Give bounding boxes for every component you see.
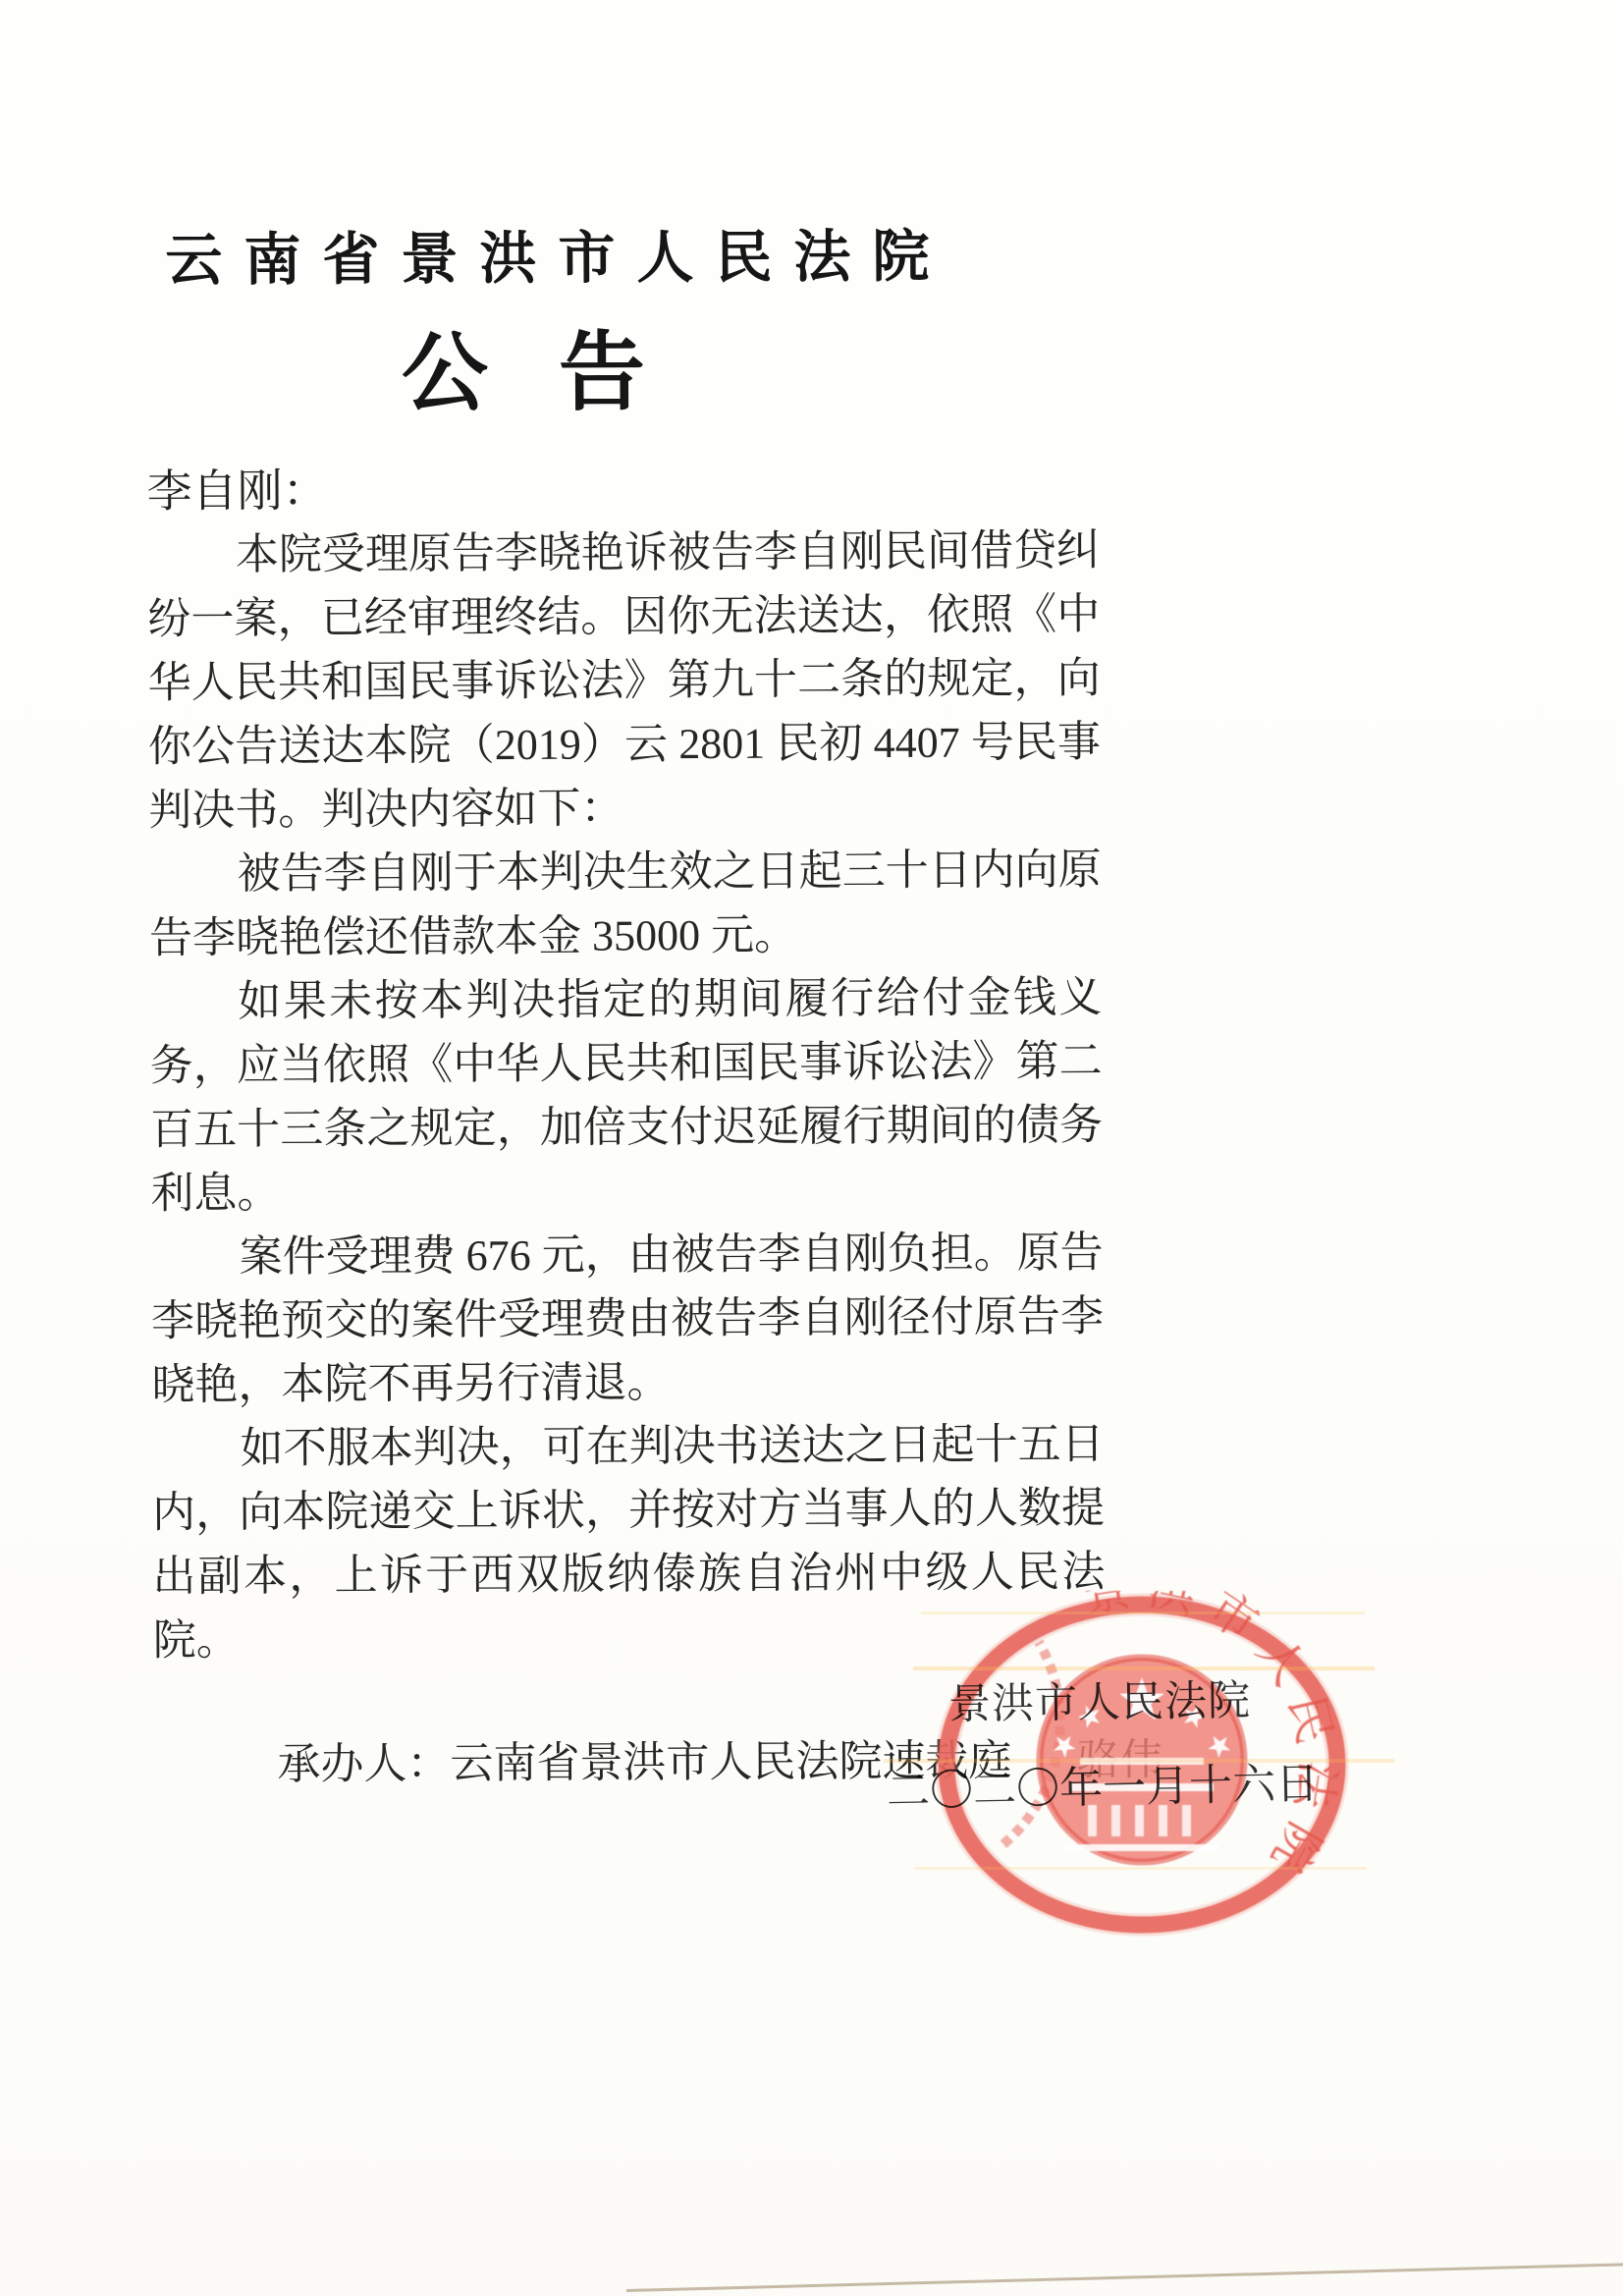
announcement-document: 云南省景洪市人民法院 公告 李自刚： 本院受理原告李晓艳诉被告李自刚民间借贷纠纷… [144,0,1107,1797]
court-title: 云南省景洪市人民法院 [145,210,970,297]
body-paragraph-2: 被告李自刚于本判决生效之日起三十日内向原告李晓艳偿还借款本金 35000 元。 [148,838,1102,970]
stamp-court-name: 景洪市人民法院 [948,1667,1252,1731]
notice-title: 公告 [146,302,972,430]
stamp-date: 二〇二〇年一月十六日 [886,1748,1319,1819]
body-paragraph-3: 如果未按本判决指定的期间履行给付金钱义务，应当依照《中华人民共和国民事诉讼法》第… [149,965,1103,1226]
recipient-name: 李自刚： [146,455,1099,523]
body-paragraph-4: 案件受理费 676 元，由被告李自刚负担。原告李晓艳预交的案件受理费由被告李自刚… [151,1221,1105,1417]
scanned-page: 云南省景洪市人民法院 公告 李自刚： 本院受理原告李晓艳诉被告李自刚民间借贷纠纷… [0,0,1623,2296]
body-paragraph-1: 本院受理原告李晓艳诉被告李自刚民间借贷纠纷一案，已经审理终结。因你无法送达，依照… [147,519,1102,843]
announcement-body: 本院受理原告李晓艳诉被告李自刚民间借贷纠纷一案，已经审理终结。因你无法送达，依照… [147,519,1106,1672]
page-edge-artifact [626,2263,1623,2292]
